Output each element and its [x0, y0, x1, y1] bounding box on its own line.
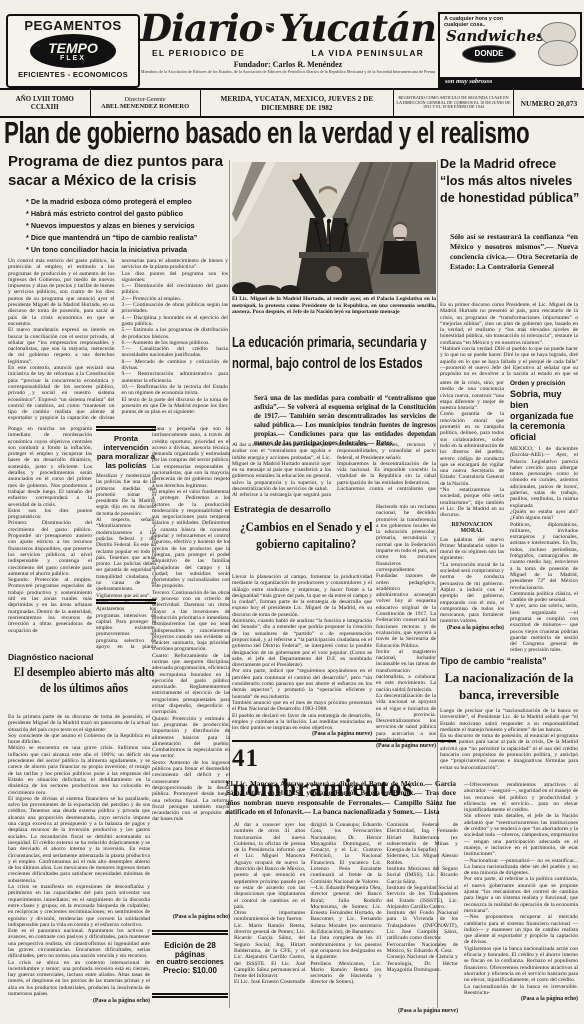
continuation-line: (Pasa a la página nueve) — [384, 1008, 458, 1014]
cambios-body: Llevar la planeación al campo, fomentar … — [232, 574, 372, 731]
police-box-article: Pronta intervención para moralizar a las… — [96, 426, 156, 604]
educacion-deck: Será una de las medidas para combatir el… — [254, 394, 436, 448]
lead-column-b: mano de obra. Ajustaremos los programas … — [96, 600, 156, 650]
asterisk-icon: * — [26, 209, 29, 218]
banner-headline: Plan de gobierno basado en la verdad y e… — [4, 115, 580, 157]
dlm-left-column: antes de la crisis, sino, por medio de u… — [440, 380, 504, 652]
volume-cell: AÑO LVIII TOMO CCLXIII — [0, 90, 90, 116]
dlm-deck: Sólo así se restaurará la confianza “en … — [450, 232, 578, 272]
lead-column-a: Pongo en marcha un programa inmediato de… — [8, 426, 92, 650]
ad-brand-donde: DONDE — [462, 45, 516, 63]
sobria-body: MEXICO, 1 de diciembre (Escolar-AEE).— A… — [510, 446, 578, 652]
bullet-item: * Un tono conciliador hacia la iniciativ… — [26, 244, 228, 256]
lead-column-c: diana y pequeña que son lo intrínsecamen… — [152, 426, 230, 912]
ad-slogan-top: A cualquier hora y con cualquier cosa.. — [440, 14, 524, 28]
dlm-headline: De la Madrid ofrece “los más altos nivel… — [440, 156, 580, 207]
masthead-shield-icon: de — [266, 12, 274, 44]
sobria-kicker: Orden y precisión — [510, 380, 578, 387]
dlm-body-top: En su primer discurso como Presidente, e… — [440, 302, 578, 378]
police-box-body: Moralizar y modernizar a las policías fu… — [96, 473, 156, 599]
masthead-subtitle-left: EL PERIODICO DE — [152, 48, 245, 58]
dlm-body-left-2: Las palabras del nuevo Primer Mandatario… — [440, 537, 504, 625]
diagnostico-kicker: Diagnóstico nacional — [8, 652, 138, 662]
masthead-subtitle-right: LA VIDA PENINSULAR — [311, 48, 424, 58]
ad-pegamentos-label: PEGAMENTOS — [8, 18, 138, 33]
issue-number-cell: NUMERO 20,073 — [513, 90, 584, 116]
masthead: Diario de Yucatán EL PERIODICO DE LA VID… — [140, 8, 436, 88]
educacion-headline: La educación primaria, secundaria y norm… — [232, 332, 436, 390]
renovacion-moral-subhead: RENOVACION MORAL — [440, 522, 504, 534]
lead-subheadline: Programa de diez puntos para sacar a Méx… — [8, 152, 228, 190]
banca-body-2: —Ofreceremos rendimientos atractivos al … — [464, 782, 578, 996]
continuation-line: (Pasa a la página nueve) — [232, 731, 372, 737]
cambios-headline: ¿Cambios en el Senado y el gobierno capi… — [238, 518, 374, 570]
sobria-article: Orden y precisión Sobria, muy bien organ… — [510, 380, 578, 652]
diagnostico-body: En la primera parte de su discurso de to… — [8, 714, 150, 996]
banca-body-1: Luego de precisar que la “nacionalizació… — [440, 708, 578, 780]
banca-kicker: Tipo de cambio “realista” — [440, 656, 578, 666]
dlm-body-left-1: antes de la crisis, sino, por medio de u… — [440, 380, 504, 519]
continuation-line: (Pasa a la página ocho) — [152, 914, 230, 920]
edition-price-box: Edición de 28 páginas en cuatro seccione… — [152, 930, 228, 998]
newspaper-front-page: PEGAMENTOS TEMPO FLEX EFICIENTES - ECONO… — [0, 0, 584, 1024]
continuation-line: (Pasa a la página ocho) — [440, 625, 504, 631]
lead-bullet-list: * De la madrid esboza cómo protegerá el … — [26, 196, 228, 256]
banca-headline: La nacionalización de la banca, irrevers… — [440, 670, 578, 703]
continuation-line: (Pasa a la página ocho) — [8, 998, 150, 1004]
membership-line: Miembros de la Asociación de Editores de… — [140, 70, 436, 75]
asterisk-icon: * — [26, 245, 29, 254]
nombramientos-body: Al dar a conocer ayer los nombres de otr… — [234, 822, 458, 1006]
director-cell: Director-Gerente ABEL MENENDEZ ROMERO — [90, 90, 200, 116]
educacion-right-column: Haciendo mío un reclamo nacional, he dec… — [376, 504, 436, 750]
educacion-body: Al dar a conocer una serie de medidas pa… — [232, 442, 436, 502]
lead-body: Un control más estricto del gasto públic… — [8, 258, 228, 424]
sandwich-image — [538, 40, 578, 66]
police-box-headline: Pronta intervención para moralizar a las… — [96, 434, 156, 470]
bullet-item: * Habrá más estricto control del gasto p… — [26, 208, 228, 220]
section-divider — [232, 740, 456, 742]
svg-text:de: de — [268, 26, 272, 30]
info-bar: AÑO LVIII TOMO CCLXIII Director-Gerente … — [0, 88, 584, 118]
photo-caption: El Lic. Miguel de la Madrid Hurtado, al … — [232, 296, 436, 326]
banca-body-2-wrap: —Ofreceremos rendimientos atractivos al … — [464, 782, 578, 1008]
cambios-article: Llevar la planeación al campo, fomentar … — [232, 574, 372, 746]
asterisk-icon: * — [26, 197, 29, 206]
diagnostico-headline: El desempleo abierto más alto de los últ… — [10, 664, 158, 710]
ad-tagline: EFICIENTES - ECONOMICOS — [8, 70, 138, 79]
registration-cell: REGISTRADO COMO ARTICULO DE SEGUNDA CLAS… — [393, 90, 513, 116]
cambios-kicker: Estrategia de desarrollo — [234, 504, 364, 514]
tempo-glue-ad: PEGAMENTOS TEMPO FLEX EFICIENTES - ECONO… — [6, 14, 140, 88]
sandwiches-ad: A cualquier hora y con cualquier cosa.. … — [438, 12, 582, 88]
bullet-item: * Nuevos impuestos y alzas en bienes y s… — [26, 220, 228, 232]
bullet-item: * Dice que mantendrá un “tipo de cambio … — [26, 232, 228, 244]
founder-line: Fundador: Carlos R. Menéndez — [140, 60, 436, 69]
masthead-script-yucatan: Yucatán — [278, 8, 436, 48]
continuation-line: (Pasa a la página ocho) — [464, 996, 578, 1002]
masthead-script-diario: Diario — [140, 8, 262, 48]
dateline-cell: MERIDA, YUCATAN, MEXICO, JUEVES 2 DE DIC… — [200, 90, 394, 116]
ad-slogan-bottom: son muy sabrosos — [440, 77, 582, 86]
asterisk-icon: * — [26, 233, 29, 242]
bullet-item: * De la madrid esboza cómo protegerá el … — [26, 196, 228, 208]
nombramientos-deck: El Lic. Mancera Aguayo volverá a dirigir… — [226, 780, 456, 818]
tempo-logo: TEMPO FLEX — [30, 34, 116, 68]
asterisk-icon: * — [26, 221, 29, 230]
sobria-headline: Sobria, muy bien organizada fue la cerem… — [510, 389, 578, 443]
inauguration-photo — [232, 162, 436, 294]
